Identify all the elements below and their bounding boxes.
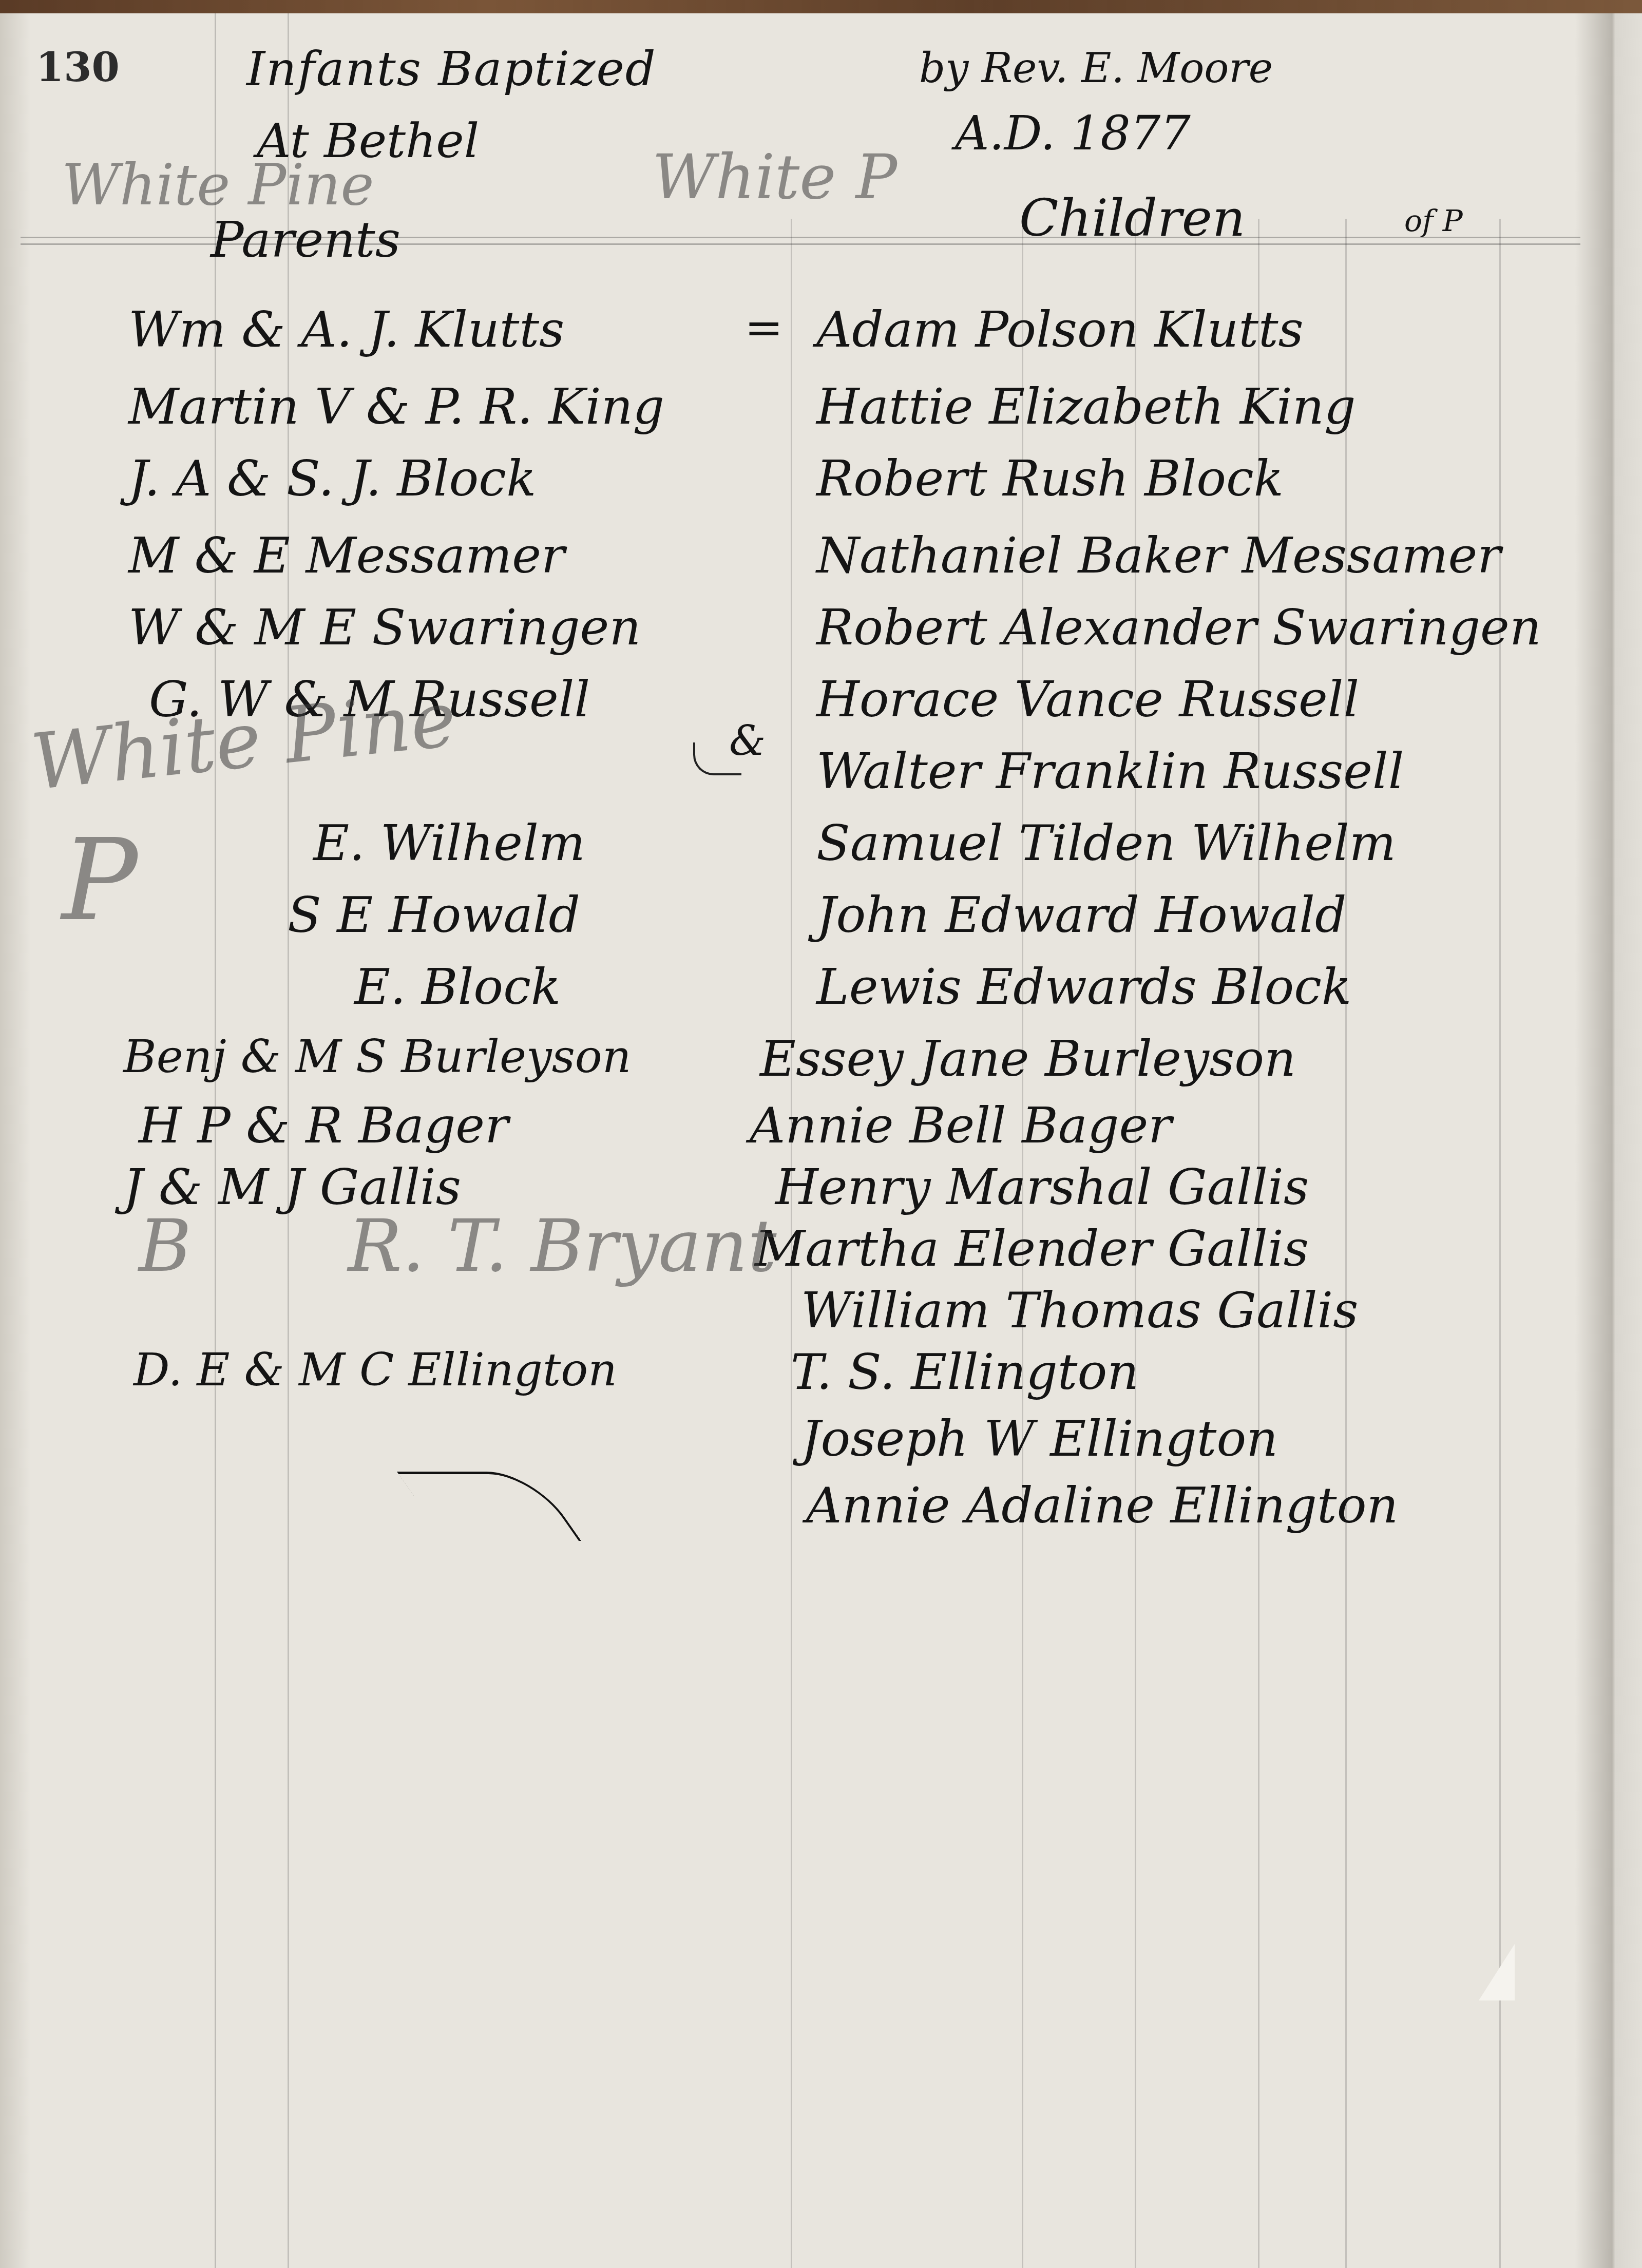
parents-name: Benj & M S Burleyson <box>123 1030 631 1083</box>
register-row: W & M E Swaringen Robert Alexander Swari… <box>0 599 1642 676</box>
child-name: William Thomas Gallis <box>801 1282 1359 1339</box>
child-name: Annie Bell Bager <box>750 1097 1172 1154</box>
child-name: Nathaniel Baker Messamer <box>816 527 1501 584</box>
register-row: D. E & M C Ellington T. S. Ellington <box>0 1343 1642 1420</box>
parents-name: Martin V & P. R. King <box>128 378 664 435</box>
parents-name: M & E Messamer <box>128 527 565 584</box>
register-row: Annie Adaline Ellington <box>0 1477 1642 1554</box>
parents-name: W & M E Swaringen <box>128 599 641 656</box>
child-name: Annie Adaline Ellington <box>806 1477 1398 1534</box>
ledger-page: 130 Infants Baptized by Rev. E. Moore At… <box>0 13 1642 2268</box>
child-name: Hattie Elizabeth King <box>816 378 1355 435</box>
child-name: Lewis Edwards Block <box>816 958 1351 1016</box>
child-name: Robert Alexander Swaringen <box>816 599 1541 656</box>
register-row: Wm & A. J. Klutts = Adam Polson Klutts <box>0 301 1642 378</box>
ditto-marker: = <box>744 301 783 355</box>
register-row: M & E Messamer Nathaniel Baker Messamer <box>0 527 1642 604</box>
parents-name: E. Wilhelm <box>313 814 585 872</box>
column-header-children: Children <box>1019 188 1245 248</box>
title-officiant: by Rev. E. Moore <box>919 44 1273 92</box>
register-row: Joseph W Ellington <box>0 1410 1642 1487</box>
parents-name: J. A & S. J. Block <box>128 450 536 507</box>
child-name: Joseph W Ellington <box>801 1410 1278 1467</box>
parents-name: E. Block <box>354 958 561 1016</box>
bryant-initial: B <box>139 1205 192 1288</box>
child-name: Essey Jane Burleyson <box>760 1030 1296 1088</box>
parents-name: Wm & A. J. Klutts <box>128 301 564 358</box>
parents-name: D. E & M C Ellington <box>133 1343 617 1396</box>
margin-initial: P <box>62 814 138 946</box>
register-row: Benj & M S Burleyson Essey Jane Burleyso… <box>0 1030 1642 1107</box>
title-date: A.D. 1877 <box>955 106 1191 161</box>
child-name: Robert Rush Block <box>816 450 1284 507</box>
child-name: Adam Polson Klutts <box>816 301 1304 358</box>
child-name: T. S. Ellington <box>791 1343 1139 1401</box>
column-header-parents: Parents <box>211 211 400 269</box>
parents-name: H P & R Bager <box>139 1097 508 1154</box>
page-number: 130 <box>36 44 120 91</box>
child-name: John Edward Howald <box>816 886 1346 944</box>
child-name: Horace Vance Russell <box>816 671 1359 728</box>
title-line-1: Infants Baptized <box>246 42 657 97</box>
bryant-signature: B R. T. Bryant <box>139 1205 776 1288</box>
overwritten-signature: White P <box>652 142 897 213</box>
paper-tear <box>1479 1944 1515 2000</box>
child-name: Walter Franklin Russell <box>816 742 1404 800</box>
register-row: J. A & S. J. Block Robert Rush Block <box>0 450 1642 527</box>
register-row: E. Wilhelm Samuel Tilden Wilhelm <box>0 814 1642 891</box>
parents-name: S E Howald <box>288 886 580 944</box>
child-name: Samuel Tilden Wilhelm <box>816 814 1396 872</box>
child-name: Henry Marshal Gallis <box>775 1158 1309 1216</box>
child-name: Martha Elender Gallis <box>755 1220 1309 1278</box>
column-header-note: of P <box>1404 203 1463 238</box>
register-row: E. Block Lewis Edwards Block <box>0 958 1642 1035</box>
bryant-name: R. T. Bryant <box>348 1205 776 1288</box>
register-row: Martin V & P. R. King Hattie Elizabeth K… <box>0 378 1642 455</box>
register-row: S E Howald John Edward Howald <box>0 886 1642 963</box>
bracket-mark <box>693 742 741 775</box>
overwritten-signature: White Pine <box>62 152 374 218</box>
